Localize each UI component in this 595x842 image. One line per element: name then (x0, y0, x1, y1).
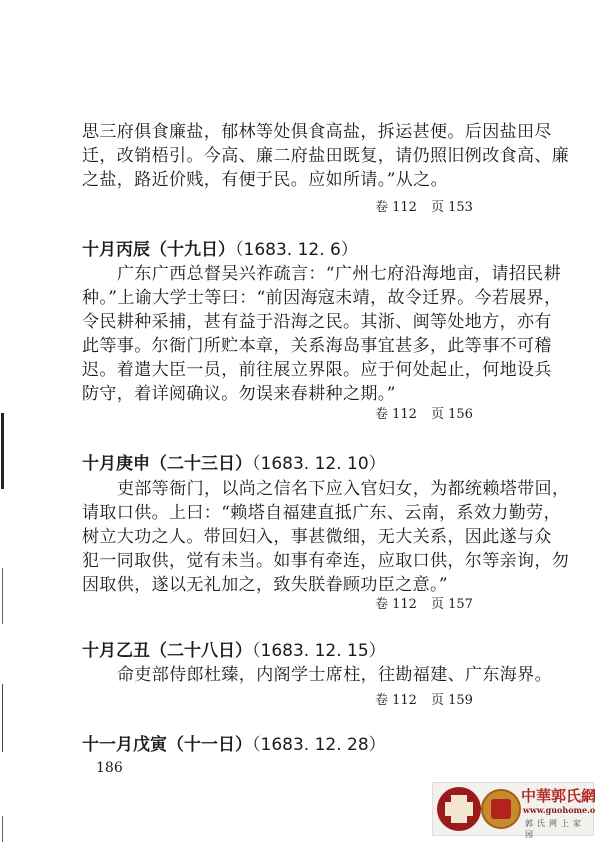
paragraph: 命吏部侍郎杜臻，内阁学士席柱，往勘福建、广东海界。 (82, 663, 516, 687)
citation-page: 页 157 (431, 597, 473, 612)
text-line: 命吏部侍郎杜臻，内阁学士席柱，往勘福建、广东海界。 (82, 663, 516, 687)
citation-page: 页 159 (431, 693, 473, 708)
text-line: 广东广西总督吴兴祚疏言：“广州七府沿海地亩，请招民耕 (82, 262, 516, 286)
scan-mark (2, 568, 3, 624)
text-line: 思三府俱食廉盐，郁林等处俱食高盐，拆运甚便。后因盐田尽 (82, 120, 516, 144)
text-line: 请取口供。上曰：“赖塔自福建直抵广东、云南，系效力勤劳， (82, 501, 516, 525)
entry-heading: 十月丙辰（十九日）（1683. 12. 6） (82, 238, 358, 262)
text-line: 树立大功之人。带回妇入，事甚微细，无大关系，因此遂与众 (82, 525, 516, 549)
entry-title: 十月庚申（二十三日） (82, 454, 252, 474)
citation-volume: 卷 112 (375, 597, 417, 612)
text-line: 迁，改销梧引。今高、廉二府盐田既复，请仍照旧例改食高、廉 (82, 144, 516, 168)
page-number: 186 (96, 760, 123, 776)
entry-title: 十月乙丑（二十八日） (82, 641, 252, 661)
text-line: 此等事。尔衙门所贮本章，关系海岛事宜甚多，此等事不可稽 (82, 334, 516, 358)
watermark-url: www.guohome.org (523, 805, 595, 815)
citation-page: 页 156 (431, 407, 473, 422)
entry-title: 十一月戊寅（十一日） (82, 735, 252, 755)
document-page: 思三府俱食廉盐，郁林等处俱食高盐，拆运甚便。后因盐田尽 迁，改销梧引。今高、廉二… (0, 0, 595, 842)
text-line: 犯一同取供，觉有未当。如事有牵连，应取口供，尔等亲询，勿 (82, 549, 516, 573)
text-line: 迟。着遣大臣一员，前往展立界限。应于何处起止，何地设兵 (82, 358, 516, 382)
text-line: 之盐，路近价贱，有便于民。应如所请。”从之。 (82, 168, 516, 192)
entry-date: （1683. 12. 10） (252, 454, 386, 474)
entry-title: 十月丙辰（十九日） (82, 240, 235, 260)
entry-date: （1683. 12. 28） (252, 735, 386, 755)
entry-date: （1683. 12. 15） (252, 641, 386, 661)
seal-emblem-icon (481, 789, 521, 829)
scan-mark (2, 816, 3, 842)
text-line: 防守，着详阅确议。勿误来春耕种之期。” (82, 382, 516, 406)
knot-emblem-icon (437, 787, 481, 831)
text-line: 令民耕种采捕，甚有益于沿海之民。其浙、闽等处地方，亦有 (82, 310, 516, 334)
citation: 卷 112页 156 (375, 406, 473, 424)
paragraph: 广东广西总督吴兴祚疏言：“广州七府沿海地亩，请招民耕 种。”上谕大学士等曰：“前… (82, 262, 516, 406)
entry-heading: 十一月戊寅（十一日）（1683. 12. 28） (82, 733, 386, 757)
text-line: 种。”上谕大学士等曰：“前因海寇未靖，故令迁界。今若展界， (82, 286, 516, 310)
entry-heading: 十月庚申（二十三日）（1683. 12. 10） (82, 452, 386, 476)
citation: 卷 112页 153 (375, 199, 473, 217)
citation-volume: 卷 112 (375, 407, 417, 422)
citation-volume: 卷 112 (375, 200, 417, 215)
citation: 卷 112页 157 (375, 596, 473, 614)
citation-page: 页 153 (431, 200, 473, 215)
watermark-title: 中華郭氏網 (521, 785, 595, 806)
text-line: 吏部等衙门，以尚之信名下应入官妇女，为都统赖塔带回， (82, 477, 516, 501)
watermark-slogan: 郭氏网上家园 (525, 818, 593, 840)
paragraph-continuation: 思三府俱食廉盐，郁林等处俱食高盐，拆运甚便。后因盐田尽 迁，改销梧引。今高、廉二… (82, 120, 516, 192)
citation: 卷 112页 159 (375, 692, 473, 710)
scan-mark (2, 684, 3, 752)
entry-heading: 十月乙丑（二十八日）（1683. 12. 15） (82, 639, 386, 663)
citation-volume: 卷 112 (375, 693, 417, 708)
paragraph: 吏部等衙门，以尚之信名下应入官妇女，为都统赖塔带回， 请取口供。上曰：“赖塔自福… (82, 477, 516, 597)
entry-date: （1683. 12. 6） (235, 240, 358, 260)
scan-mark (1, 413, 4, 489)
watermark-logo: 中華郭氏網 www.guohome.org 郭氏网上家园 (432, 782, 594, 836)
text-line: 因取供，遂以无礼加之，致失朕眷顾功臣之意。” (82, 573, 516, 597)
